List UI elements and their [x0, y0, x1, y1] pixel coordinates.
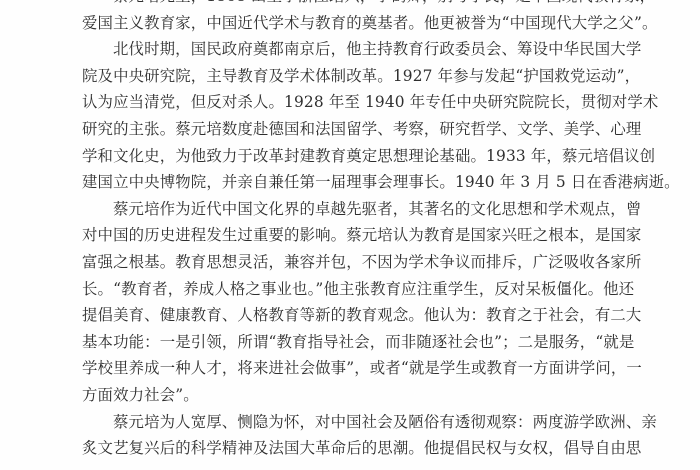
text-line: 爱国主义教育家，中国近代学术与教育的奠基者。他更被誉为“中国现代大学之父”。 [82, 10, 602, 37]
document-body: 蔡元培先生，1868 出生于浙江绍兴，字鹤卿，别号孑民，是中国现代教育家， 爱国… [82, 0, 602, 462]
paragraph-character: 蔡元培为人宽厚、恻隐为怀，对中国社会及陋俗有透彻观察：两度游学欧洲、亲 炙文艺复… [82, 409, 602, 462]
text-line: 建国立中央博物院，并亲自兼任第一届理事会理事长。1940 年 3 月 5 日在香… [82, 169, 602, 196]
paragraph-education-thought: 蔡元培作为近代中国文化界的卓越先驱者，其著名的文化思想和学术观点，曾 对中国的历… [82, 196, 602, 409]
text-line: 方面效力社会”。 [82, 382, 602, 409]
paragraph-intro: 蔡元培先生，1868 出生于浙江绍兴，字鹤卿，别号孑民，是中国现代教育家， 爱国… [82, 0, 602, 36]
paragraph-northern-expedition: 北伐时期，国民政府奠都南京后，他主持教育行政委员会、筹设中华民国大学 院及中央研… [82, 36, 602, 196]
text-line: 提倡美育、健康教育、人格教育等新的教育观念。他认为：教育之于社会，有二大 [82, 302, 602, 329]
text-line: 认为应当清党，但反对杀人。1928 年至 1940 年专任中央研究院院长，贯彻对… [82, 89, 602, 116]
text-line: 院及中央研究院，主导教育及学术体制改革。1927 年参与发起“护国救党运动”， [82, 63, 602, 90]
text-line: 北伐时期，国民政府奠都南京后，他主持教育行政委员会、筹设中华民国大学 [82, 36, 602, 63]
text-line: 蔡元培作为近代中国文化界的卓越先驱者，其著名的文化思想和学术观点，曾 [82, 196, 602, 223]
text-line: 富强之根基。教育思想灵活，兼容并包，不因为学术争议而排斥，广泛吸收各家所 [82, 249, 602, 276]
text-line: 长。“教育者，养成人格之事业也。”他主张教育应注重学生，反对呆板僵化。他还 [82, 276, 602, 303]
text-line: 蔡元培先生，1868 出生于浙江绍兴，字鹤卿，别号孑民，是中国现代教育家， [82, 0, 602, 10]
text-line: 学校里养成一种人才，将来进社会做事”，或者“就是学生或教育一方面讲学问，一 [82, 355, 602, 382]
text-line: 基本功能：一是引领，所谓“教育指导社会，而非随逐社会也”；二是服务，“就是 [82, 329, 602, 356]
text-line: 学和文化史，为他致力于改革封建教育奠定思想理论基础。1933 年，蔡元培倡议创 [82, 143, 602, 170]
text-line: 蔡元培为人宽厚、恻隐为怀，对中国社会及陋俗有透彻观察：两度游学欧洲、亲 [82, 409, 602, 436]
text-line: 对中国的历史进程发生过重要的影响。蔡元培认为教育是国家兴旺之根本，是国家 [82, 222, 602, 249]
text-line: 研究的主张。蔡元培数度赴德国和法国留学、考察，研究哲学、文学、美学、心理 [82, 116, 602, 143]
text-line: 炙文艺复兴后的科学精神及法国大革命后的思潮。他提倡民权与女权，倡导自由思 [82, 435, 602, 462]
document-page: 蔡元培先生，1868 出生于浙江绍兴，字鹤卿，别号孑民，是中国现代教育家， 爱国… [0, 0, 700, 470]
